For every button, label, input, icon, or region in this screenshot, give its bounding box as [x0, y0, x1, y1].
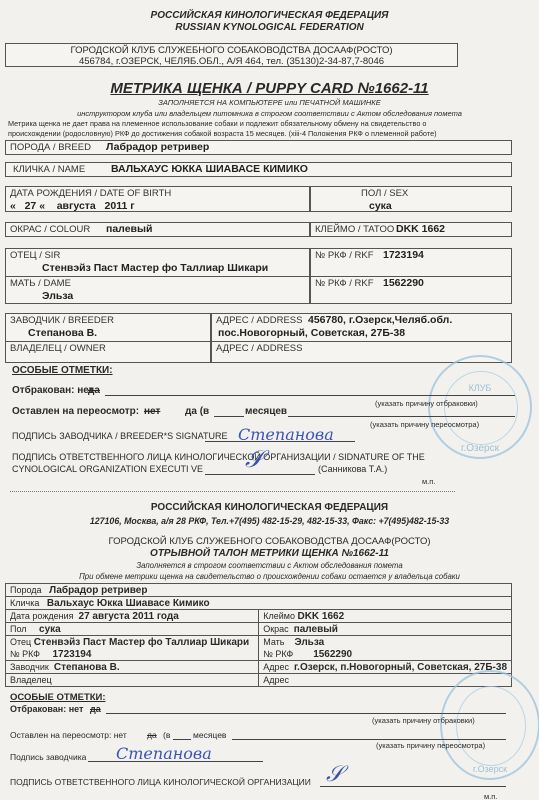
card-title: МЕТРИКА ЩЕНКА / PUPPY CARD №1662-11: [0, 80, 539, 97]
parents-cell: ОТЕЦ / SIR Стенвэйз Паст Мастер фо Талли…: [5, 248, 310, 304]
stub-row-owner: Владелец Адрес: [6, 674, 512, 687]
club-box: ГОРОДСКОЙ КЛУБ СЛУЖЕБНОГО СОБАКОВОДСТВА …: [5, 43, 458, 67]
stub-club-name: ГОРОДСКОЙ КЛУБ СЛУЖЕБНОГО СОБАКОВОДСТВА …: [0, 536, 539, 547]
sire-rkf-value: 1723194: [383, 249, 424, 261]
sex-value: сука: [369, 200, 392, 212]
owner-label: ВЛАДЕЛЕЦ / OWNER: [10, 343, 106, 354]
breeder-signature-label: ПОДПИСЬ ЗАВОДЧИКА / BREEDER*S SIGNATURE: [12, 431, 228, 441]
stub-row-rkf: № РКФ 1723194 № РКФ 1562290: [6, 648, 512, 661]
review-hint: (указать причину переосмотра): [370, 420, 479, 429]
name-label: КЛИЧКА / NAME: [13, 164, 85, 175]
stub-exec-signature-label: ПОДПИСЬ ОТВЕТСТВЕННОГО ЛИЦА КИНОЛОГИЧЕСК…: [10, 777, 311, 787]
review-months: месяцев: [245, 406, 287, 417]
parents-rkf-cell: № РКФ / RKF 1723194 № РКФ / RKF 1562290: [310, 248, 512, 304]
tear-line: [10, 491, 455, 492]
stub-title: ОТРЫВНОЙ ТАЛОН МЕТРИКИ ЩЕНКА №1662-11: [0, 548, 539, 559]
breeder-value: Степанова В.: [28, 327, 97, 339]
stub-federation-address: 127106, Москва, а/я 28 РКФ, Тел.+7(495) …: [0, 516, 539, 526]
culled-yes: да: [88, 385, 100, 396]
sire-rkf-label: № РКФ / RKF: [315, 250, 374, 261]
dam-rkf-label: № РКФ / RKF: [315, 278, 374, 289]
sire-value: Стенвэйз Паст Мастер фо Таллиар Шикари: [42, 262, 268, 274]
breeder-label: ЗАВОДЧИК / BREEDER: [10, 315, 114, 326]
breeder-address-1: 456780, г.Озерск,Челяб.обл.: [308, 314, 452, 326]
exec-name: (Санникова Т.А.): [318, 464, 387, 474]
stub-review-yes: да: [147, 730, 157, 740]
card-subtitle: ЗАПОЛНЯЕТСЯ НА КОМПЬЮТЕРЕ или ПЕЧАТНОЙ М…: [0, 98, 539, 107]
stub-breeder-signature-label: Подпись заводчика: [10, 752, 86, 762]
remarks-title: ОСОБЫЕ ОТМЕТКИ:: [12, 365, 113, 376]
owner-address-label: АДРЕС / ADDRESS: [216, 343, 302, 354]
review-label: Оставлен на переосмотр:: [12, 406, 139, 417]
stub-federation: РОССИЙСКАЯ КИНОЛОГИЧЕСКАЯ ФЕДЕРАЦИЯ: [0, 502, 539, 513]
tattoo-label: КЛЕЙМО / TATOO: [315, 224, 394, 235]
stub-culled-yes: да: [90, 704, 101, 714]
name-row: КЛИЧКА / NAME ВАЛЬХАУС ЮККА ШИАВАСЕ КИМИ…: [5, 162, 512, 177]
breeder-signature: Степанова: [238, 425, 334, 444]
breed-value: Лабрадор ретривер: [106, 141, 209, 153]
card-instruction: инструктором клуба или владельцем питомн…: [0, 109, 539, 118]
card-notice-2: происхождении (родословную) РКФ до дости…: [8, 129, 437, 138]
seal-mark: м.п.: [422, 477, 435, 486]
card-notice-1: Метрика щенка не дает права на племенное…: [8, 119, 426, 128]
dob-value: « 27 « августа 2011 г: [10, 200, 135, 212]
breed-label: ПОРОДА / BREED: [10, 142, 91, 153]
club-stamp-stub: г.Озерск: [440, 670, 539, 780]
tattoo-value: DKK 1662: [396, 223, 445, 235]
dam-value: Эльза: [42, 290, 73, 302]
club-address: 456784, г.ОЗЕРСК, ЧЕЛЯБ.ОБЛ., А/Я 464, т…: [6, 56, 457, 67]
federation-ru: РОССИЙСКАЯ КИНОЛОГИЧЕСКАЯ ФЕДЕРАЦИЯ: [0, 10, 539, 21]
stub-table: Порода Лабрадор ретривер Кличка Вальхаус…: [5, 583, 512, 687]
sire-label: ОТЕЦ / SIR: [10, 250, 60, 261]
stub-note-2: При обмене метрики щенка на свидетельств…: [0, 572, 539, 581]
stub-row-dob-tattoo: Дата рождения 27 августа 2011 года Клейм…: [6, 610, 512, 623]
review-yes: да (в: [185, 406, 209, 417]
culled-hint: (указать причину отбраковки): [375, 399, 478, 408]
stub-breeder-signature: Степанова: [116, 744, 212, 763]
stub-review-in: (в: [163, 730, 170, 740]
stub-review-hint: (указать причину переосмотра): [376, 741, 485, 750]
stub-row-breeder: Заводчик Степанова В. Адрес г.Озерск, п.…: [6, 661, 512, 674]
dob-label: ДАТА РОЖДЕНИЯ / DATE OF BIRTH: [10, 188, 171, 199]
stub-seal-mark: м.п.: [484, 792, 497, 800]
dam-label: МАТЬ / DAME: [10, 278, 71, 289]
breeder-owner-cell: ЗАВОДЧИК / BREEDER Степанова В. ВЛАДЕЛЕЦ…: [5, 313, 211, 363]
name-value: ВАЛЬХАУС ЮККА ШИАВАСЕ КИМИКО: [111, 163, 308, 175]
colour-value: палевый: [106, 223, 152, 235]
review-no: нет: [144, 406, 160, 417]
stub-remarks-title: ОСОБЫЕ ОТМЕТКИ:: [10, 692, 106, 703]
stub-review-months: месяцев: [193, 730, 226, 740]
culled-label: Отбракован: нет: [12, 385, 94, 396]
stub-culled-label: Отбракован: нет: [10, 704, 83, 714]
dam-rkf-value: 1562290: [383, 277, 424, 289]
tattoo-cell: КЛЕЙМО / TATOO DKK 1662: [310, 222, 512, 237]
exec-signature-label-1: ПОДПИСЬ ОТВЕТСТВЕННОГО ЛИЦА КИНОЛОГИЧЕСК…: [12, 452, 425, 462]
stub-note-1: Заполняется в строгом соответствии с Акт…: [0, 561, 539, 570]
stub-culled-hint: (указать причину отбраковки): [372, 716, 475, 725]
exec-signature-label-2: CYNOLOGICAL ORGANIZATION EXECUTI VE: [12, 464, 203, 474]
breeder-address-2: пос.Новогорный, Советская, 27Б-38: [218, 327, 405, 339]
stub-row-parents: Отец Стенвэйз Паст Мастер фо Таллиар Шик…: [6, 636, 512, 649]
federation-en: RUSSIAN KYNOLOGICAL FEDERATION: [0, 22, 539, 33]
breed-row: ПОРОДА / BREED Лабрадор ретривер: [5, 140, 512, 155]
club-name: ГОРОДСКОЙ КЛУБ СЛУЖЕБНОГО СОБАКОВОДСТВА …: [6, 45, 457, 56]
dob-cell: ДАТА РОЖДЕНИЯ / DATE OF BIRTH « 27 « авг…: [5, 186, 310, 212]
stub-review-label: Оставлен на переосмотр: нет: [10, 730, 127, 740]
colour-cell: ОКРАС / COLOUR палевый: [5, 222, 310, 237]
colour-label: ОКРАС / COLOUR: [10, 224, 90, 235]
breeder-address-label: АДРЕС / ADDRESS: [216, 315, 302, 326]
stub-row-name: Кличка Вальхаус Юкка Шиавасе Кимико: [6, 597, 512, 610]
stub-row-sex-colour: Пол сука Окрас палевый: [6, 623, 512, 636]
sex-cell: ПОЛ / SEX сука: [310, 186, 512, 212]
stub-exec-signature-scribble: 𝒮: [326, 762, 343, 787]
stub-row-breed: Порода Лабрадор ретривер: [6, 584, 512, 597]
exec-signature-scribble: 𝒮: [245, 445, 264, 473]
sex-label: ПОЛ / SEX: [361, 188, 408, 199]
